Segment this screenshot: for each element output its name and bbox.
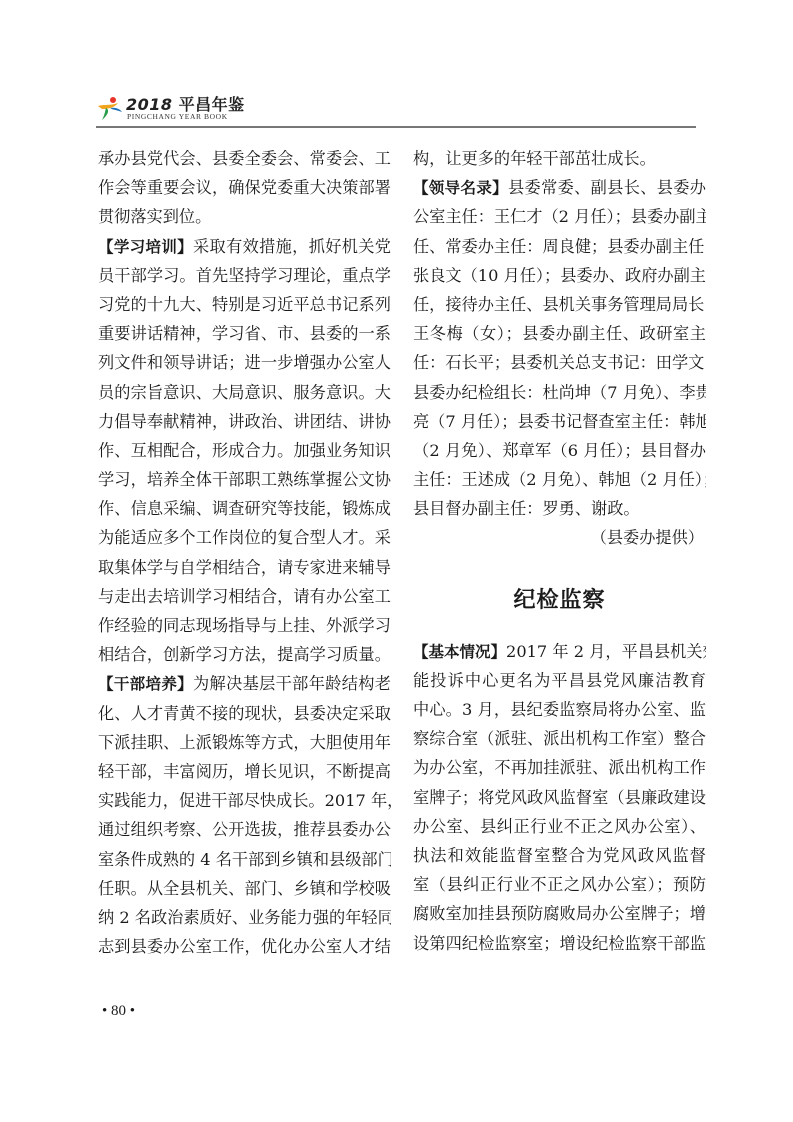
section-tag-leaders-list: 【领导名录】 <box>413 179 508 197</box>
text-line: 承办县党代会、县委全委会、常委会、工 <box>98 144 391 173</box>
text-line: 构，让更多的年轻干部茁壮成长。 <box>413 144 706 173</box>
text-line: 县目督办副主任：罗勇、谢政。 <box>413 494 706 523</box>
text-line: 下派挂职、上派锻炼等方式，大胆使用年 <box>98 728 391 757</box>
pingchang-yearbook-logo-icon <box>96 96 124 122</box>
study-training-first-line: 【学习培训】采取有效措施，抓好机关党 <box>98 232 391 261</box>
text-line: 设第四纪检监察室；增设纪检监察干部监 <box>413 929 706 958</box>
text-line: 员干部学习。首先坚持学习理论，重点学 <box>98 261 391 290</box>
text-line: 中心。3 月，县纪委监察局将办公室、监 <box>413 695 706 724</box>
text-line: 亮（7 月任）；县委书记督查室主任：韩旭 <box>413 407 706 436</box>
text-line: 取集体学与自学相结合，请专家进来辅导 <box>98 553 391 582</box>
section-heading: 纪检监察 <box>413 583 706 617</box>
text-line: 列文件和领导讲话；进一步增强办公室人 <box>98 348 391 377</box>
right-column: 构，让更多的年轻干部茁壮成长。 【领导名录】县委常委、副县长、县委办 公室主任：… <box>413 144 706 958</box>
page-number: • 80 • <box>102 1003 135 1020</box>
text-line: （2 月免）、郑章军（6 月任）；县目督办 <box>413 436 706 465</box>
section-tag-study-training: 【学习培训】 <box>98 238 193 256</box>
text-line: 为能适应多个工作岗位的复合型人才。采 <box>98 523 391 552</box>
text-line: 与走出去培训学习相结合，请有办公室工 <box>98 582 391 611</box>
text-line: 学习，培养全体干部职工熟练掌握公文协 <box>98 465 391 494</box>
text-line: 室（县纠正行业不正之风办公室）；预防 <box>413 870 706 899</box>
text-line: 任、常委办主任：周良健；县委办副主任： <box>413 232 706 261</box>
text-line: 相结合，创新学习方法，提高学习质量。 <box>98 640 391 669</box>
text-line: 执法和效能监督室整合为党风政风监督 <box>413 841 706 870</box>
text-line: 王冬梅（女）；县委办副主任、政研室主 <box>413 319 706 348</box>
cadre-training-first-line: 【干部培养】为解决基层干部年龄结构老 <box>98 669 391 698</box>
text-line: 县委办纪检组长：杜尚坤（7 月免）、李贵 <box>413 378 706 407</box>
text-line: 察综合室（派驻、派出机构工作室）整合 <box>413 724 706 753</box>
text-line: 志到县委办公室工作，优化办公室人才结 <box>98 932 391 961</box>
text-line: 能投诉中心更名为平昌县党风廉洁教育 <box>413 666 706 695</box>
leaders-list-first-line: 【领导名录】县委常委、副县长、县委办 <box>413 173 706 202</box>
text-line: 张良文（10 月任）；县委办、政府办副主 <box>413 261 706 290</box>
text-line: 化、人才青黄不接的现状，县委决定采取 <box>98 699 391 728</box>
text-line: 室条件成熟的 4 名干部到乡镇和县级部门 <box>98 845 391 874</box>
text-line: 员的宗旨意识、大局意识、服务意识。大 <box>98 378 391 407</box>
text-line: 办公室、县纠正行业不正之风办公室）、 <box>413 812 706 841</box>
text-line: 作经验的同志现场指导与上挂、外派学习 <box>98 611 391 640</box>
text-line: 任职。从全县机关、部门、乡镇和学校吸 <box>98 874 391 903</box>
basic-info-first-line: 【基本情况】2017 年 2 月，平昌县机关效 <box>413 637 706 666</box>
text-line: 习党的十九大、特别是习近平总书记系列 <box>98 290 391 319</box>
text-line: 力倡导奉献精神，讲政治、讲团结、讲协 <box>98 407 391 436</box>
text-line: 室牌子；将党风政风监督室（县廉政建设 <box>413 783 706 812</box>
text-line: 任：石长平；县委机关总支书记：田学文； <box>413 348 706 377</box>
header-rule <box>96 126 696 128</box>
section-tag-basic-info: 【基本情况】 <box>413 643 506 661</box>
text-line: 贯彻落实到位。 <box>98 202 391 231</box>
text-line: 腐败室加挂县预防腐败局办公室牌子；增 <box>413 899 706 928</box>
text-line: 主任：王述成（2 月免）、韩旭（2 月任）； <box>413 465 706 494</box>
text-line: 作会等重要会议，确保党委重大决策部署 <box>98 173 391 202</box>
section-tag-cadre-training: 【干部培养】 <box>98 675 193 693</box>
text-line: 通过组织考察、公开选拔，推荐县委办公 <box>98 815 391 844</box>
text-line: 为办公室，不再加挂派驻、派出机构工作 <box>413 753 706 782</box>
page-header: 2018 平昌年鉴 PINGCHANG YEAR BOOK <box>96 92 696 128</box>
text-line: 作、信息采编、调查研究等技能，锻炼成 <box>98 494 391 523</box>
text-line: 纳 2 名政治素质好、业务能力强的年轻同 <box>98 903 391 932</box>
text-line: 重要讲话精神，学习省、市、县委的一系 <box>98 319 391 348</box>
yearbook-subtitle: PINGCHANG YEAR BOOK <box>127 112 228 121</box>
text-line: 轻干部，丰富阅历，增长见识，不断提高 <box>98 757 391 786</box>
source-credit: （县委办提供） <box>413 523 706 552</box>
text-line: 公室主任：王仁才（2 月任）；县委办副主 <box>413 202 706 231</box>
text-line: 实践能力，促进干部尽快成长。2017 年， <box>98 786 391 815</box>
left-column: 承办县党代会、县委全委会、常委会、工 作会等重要会议，确保党委重大决策部署 贯彻… <box>98 144 391 961</box>
text-line: 任，接待办主任、县机关事务管理局局长： <box>413 290 706 319</box>
text-line: 作、互相配合，形成合力。加强业务知识 <box>98 436 391 465</box>
